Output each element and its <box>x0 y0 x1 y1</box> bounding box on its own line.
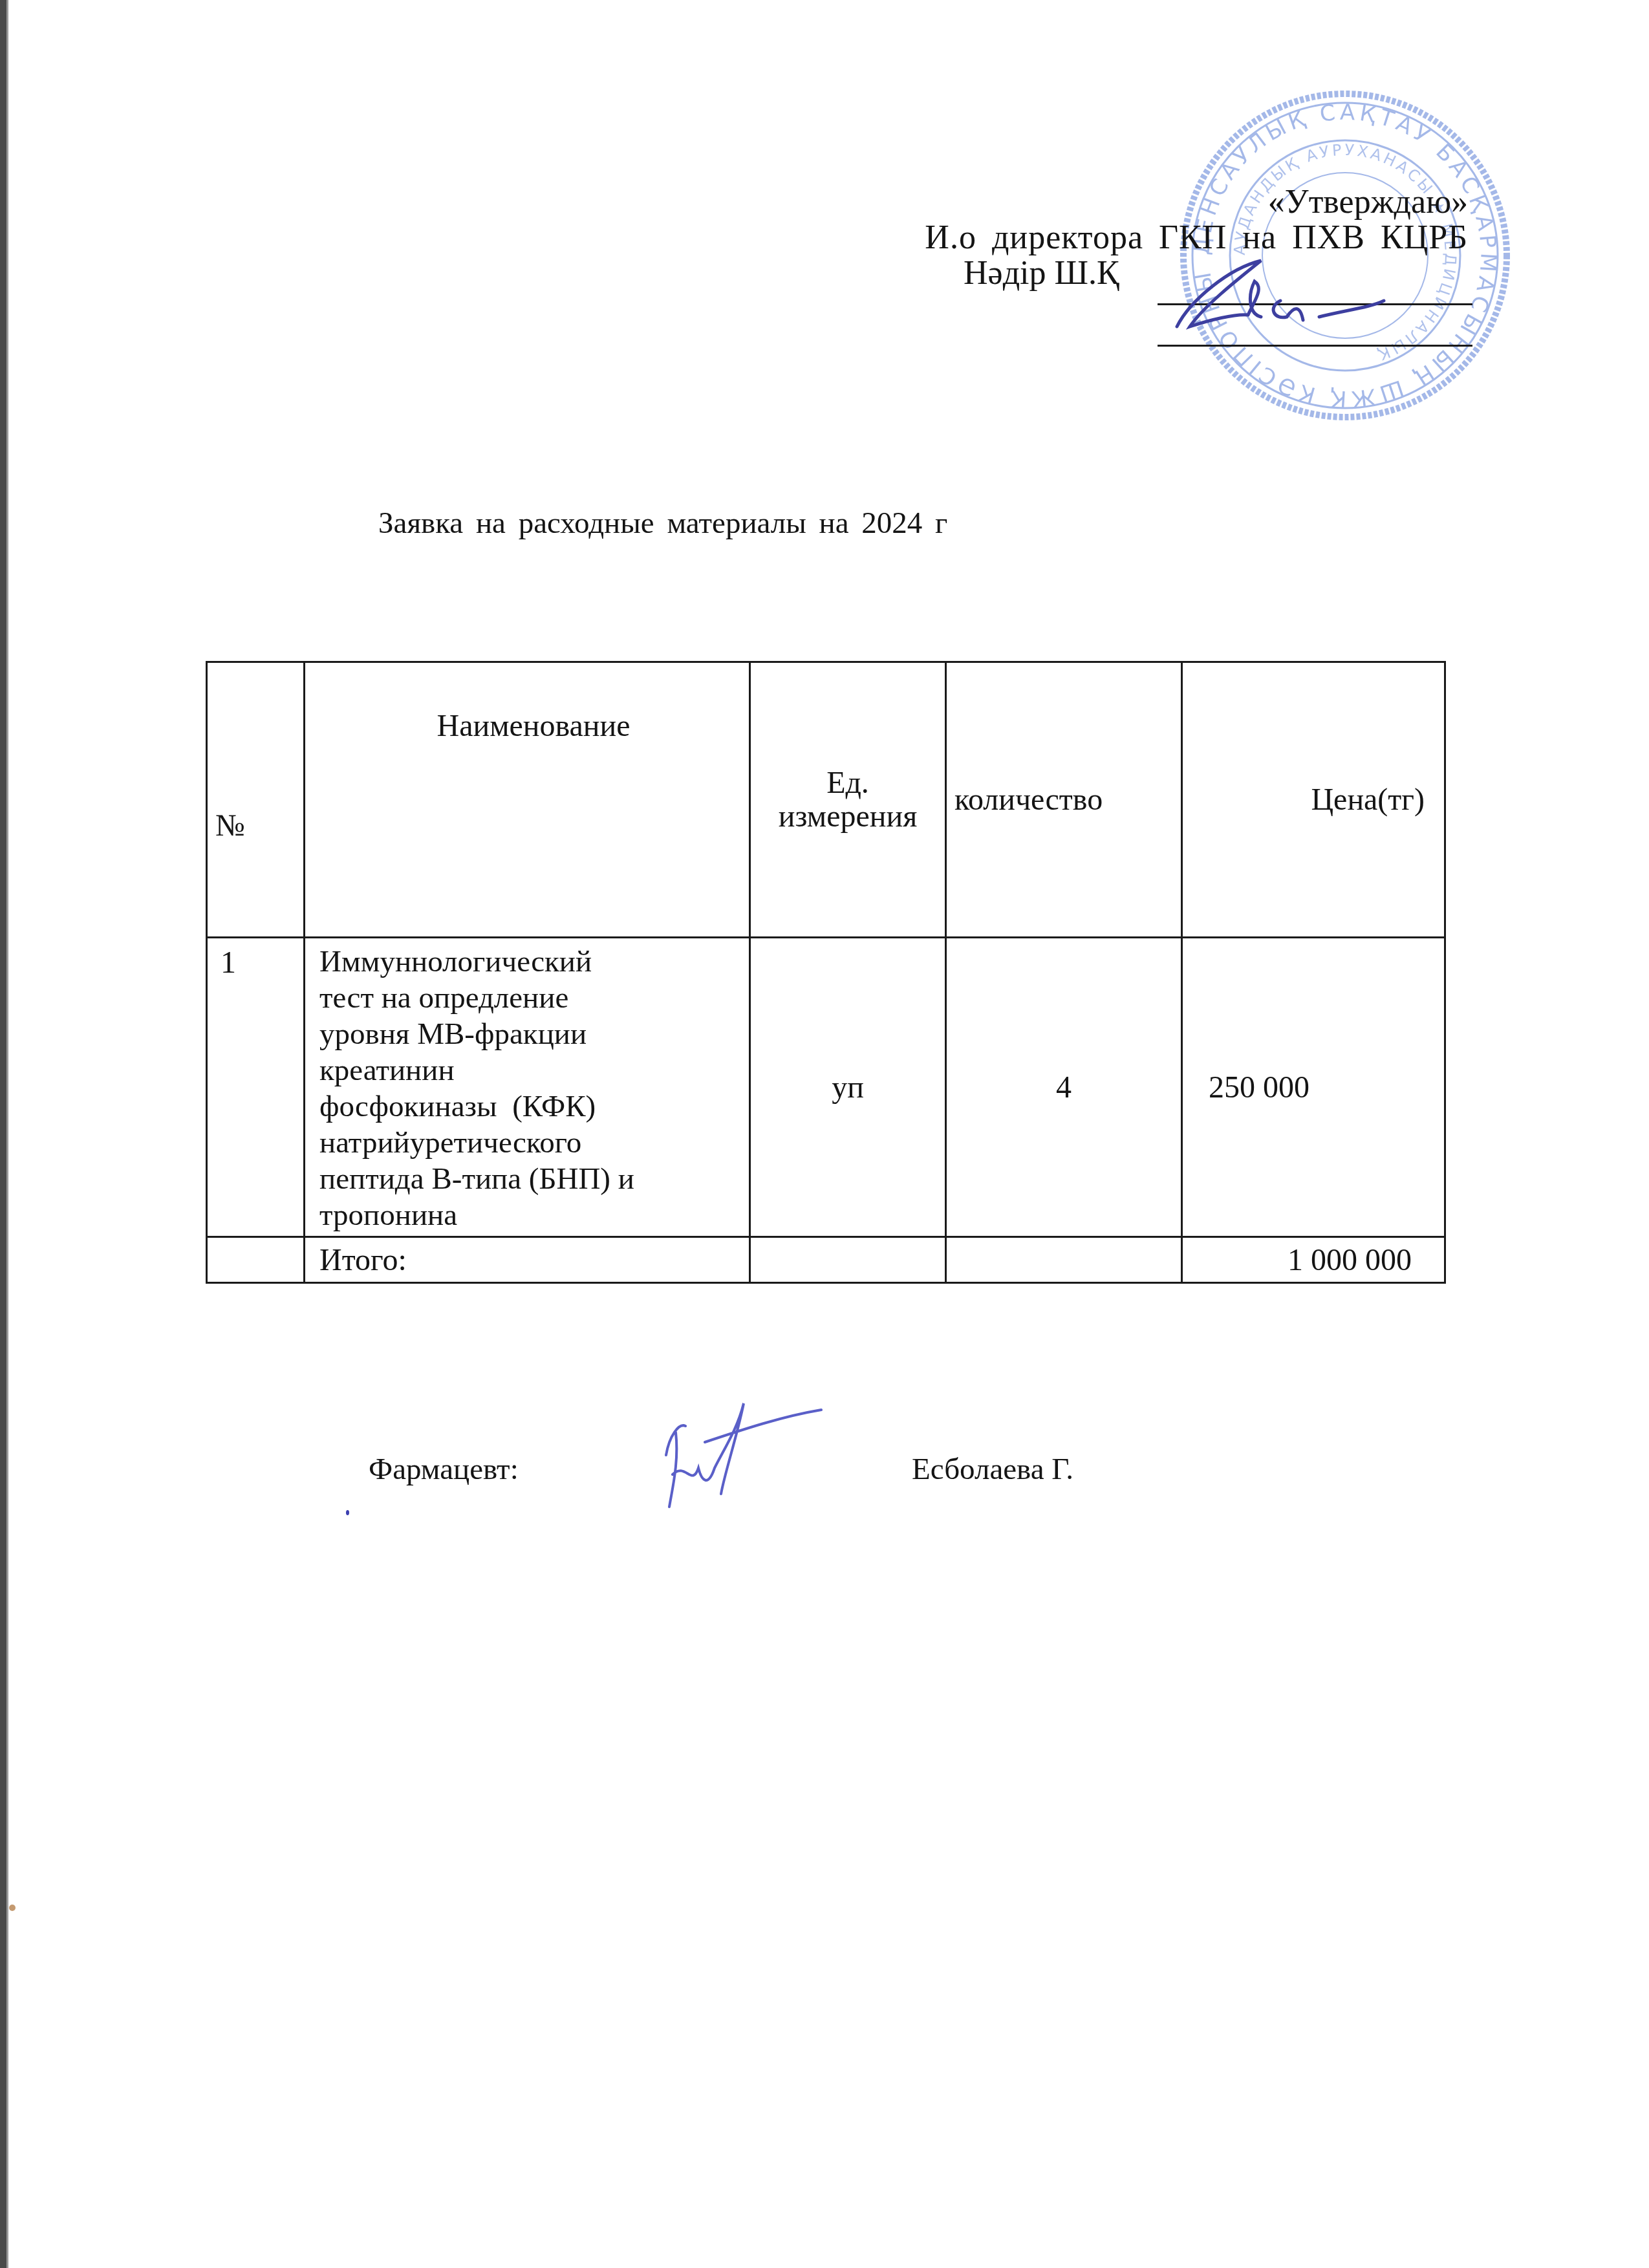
item-name-line: креатинин <box>319 1052 742 1088</box>
row-quantity: 4 <box>946 938 1182 1237</box>
requisition-table: № Наименование Ед. измерения количество … <box>206 661 1446 1284</box>
item-name-line: Иммуннологический <box>319 944 742 980</box>
scan-speck <box>346 1510 349 1515</box>
item-name-line: натрийуретического <box>319 1125 742 1161</box>
pharmacist-name: Есболаева Г. <box>912 1452 1073 1487</box>
total-label: Итого: <box>305 1237 750 1283</box>
scan-speck <box>9 1905 16 1911</box>
approval-name: Нәдір Ш.Қ <box>964 254 1119 293</box>
total-row: Итого: 1 000 000 <box>207 1237 1445 1283</box>
table-header-row: № Наименование Ед. измерения количество … <box>207 662 1445 938</box>
header-unit-line2: измерения <box>751 800 945 834</box>
item-name-line: пептида В-типа (БНП) и <box>319 1161 742 1197</box>
total-quantity-cell <box>946 1237 1182 1283</box>
total-value: 1 000 000 <box>1182 1237 1445 1283</box>
table-row: 1 Иммуннологический тест на опредление у… <box>207 938 1445 1237</box>
header-quantity: количество <box>946 662 1182 938</box>
scan-edge <box>0 0 6 2268</box>
header-price: Цена(тг) <box>1182 662 1445 938</box>
header-number: № <box>207 662 305 938</box>
row-item-name: Иммуннологический тест на опредление уро… <box>305 938 750 1237</box>
row-price: 250 000 <box>1182 938 1445 1237</box>
pharmacist-label: Фармацевт: <box>369 1452 519 1487</box>
item-name-line: тест на опредление <box>319 980 742 1016</box>
total-number-cell <box>207 1237 305 1283</box>
document-title: Заявка на расходные материалы на 2024 г <box>378 506 947 541</box>
approval-date-line <box>1158 345 1472 347</box>
item-name-line: фосфокиназы (КФК) <box>319 1088 742 1125</box>
header-name: Наименование <box>305 662 750 938</box>
header-unit: Ед. измерения <box>750 662 946 938</box>
item-name-line: тропонина <box>319 1197 742 1233</box>
row-number: 1 <box>207 938 305 1237</box>
approval-title: «Утверждаю» <box>1268 183 1468 222</box>
scan-edge-highlight <box>6 0 8 2268</box>
row-unit: уп <box>750 938 946 1237</box>
approval-position: И.о директора ГКП на ПХВ КЦРБ <box>925 219 1468 257</box>
header-unit-line1: Ед. <box>751 766 945 800</box>
pharmacist-signature-icon <box>640 1397 847 1513</box>
director-signature-icon <box>1151 255 1449 333</box>
item-name-line: уровня МВ-фракции <box>319 1016 742 1052</box>
total-unit-cell <box>750 1237 946 1283</box>
